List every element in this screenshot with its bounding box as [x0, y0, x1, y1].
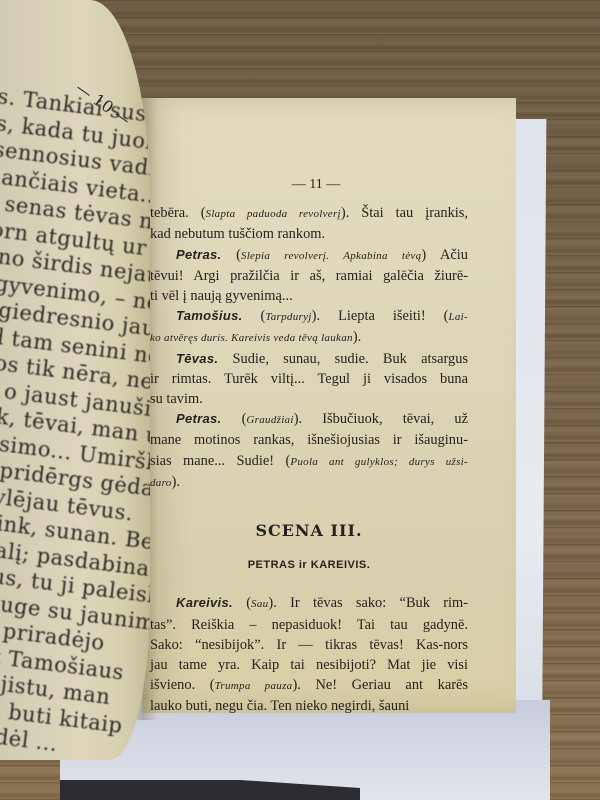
text-line: su tavim.	[150, 389, 468, 409]
text-line: išvieno. (Trumpa pauza). Ne! Geriau ant …	[150, 675, 468, 696]
dialogue-text: ).	[353, 329, 361, 345]
stage-direction: Trumpa pauza	[215, 680, 293, 692]
text-line: ko atvēręs duris. Kareivis veda tēvą lau…	[150, 327, 468, 348]
text-line: Tamošius. (Tarpduryj). Liepta išeiti! (L…	[150, 306, 468, 327]
text-line: Kareivis. (Sau). Ir tēvas sako: “Buk rim…	[150, 593, 468, 614]
dialogue-paragraph: Kareivis. (Sau). Ir tēvas sako: “Buk rim…	[150, 593, 468, 716]
speaker-name: Tēvas.	[176, 351, 218, 366]
stage-direction: Sau	[251, 598, 268, 610]
text-line: Sako: “nesibijok”. Ir — tikras tēvas! Ka…	[150, 635, 468, 655]
left-book-page: vos. Tankiai susipažindavostis, kada tu …	[0, 0, 150, 760]
text-line: ir rimtas. Turēk viltį... Tegul ji visad…	[150, 369, 468, 389]
dialogue-text: mane motinos rankas, išnešiojusias ir iš…	[150, 432, 468, 448]
dialogue-text: išvieno. (	[150, 677, 215, 693]
stage-direction: Graudžiai	[246, 414, 293, 426]
text-line: tebēra. (Slapta paduoda revolverį). Štai…	[150, 203, 468, 224]
scene-dialogue-paragraphs: Kareivis. (Sau). Ir tēvas sako: “Buk rim…	[150, 593, 468, 716]
text-line: mane motinos rankas, išnešiojusias ir iš…	[150, 430, 468, 450]
text-line: sias mane... Sudie! (Puola ant gulyklos;…	[150, 451, 468, 472]
dialogue-paragraph: tebēra. (Slapta paduoda revolverį). Štai…	[150, 203, 468, 244]
dialogue-text: ) Ačiu	[421, 247, 468, 263]
dialogue-text: ). Ir tēvas sako: “Buk rim-	[268, 595, 468, 611]
dialogue-text: (	[221, 411, 246, 427]
dialogue-paragraph: Tēvas. Sudie, sunau, sudie. Buk atsargus…	[150, 349, 468, 410]
text-line: lauko buti, negu čia. Ten nieko negirdi,…	[150, 696, 468, 716]
dialogue-text: tas”. Reiškia – nepasiduok! Tai tau gady…	[150, 617, 468, 633]
speaker-name: Kareivis.	[176, 595, 233, 610]
text-line: Petras. (Slepia revolverį. Apkabina tėvą…	[150, 245, 468, 266]
stage-direction: Lai-	[448, 311, 468, 323]
dialogue-text: (	[233, 595, 251, 611]
stage-direction: Slapta paduoda revolverį	[206, 208, 341, 220]
dialogue-text: su tavim.	[150, 391, 203, 407]
text-line: Tēvas. Sudie, sunau, sudie. Buk atsargus	[150, 349, 468, 369]
dialogue-text: ). Liepta išeiti! (	[312, 308, 449, 324]
dialogue-text: lauko buti, negu čia. Ten nieko negirdi,…	[150, 698, 409, 714]
dialogue-text: Sako: “nesibijok”. Ir — tikras tēvas! Ka…	[150, 637, 468, 653]
left-page-text: vos. Tankiai susipažindavostis, kada tu …	[0, 80, 150, 760]
dialogue-text: sias mane... Sudie! (	[150, 453, 290, 469]
speaker-name: Petras.	[176, 247, 221, 262]
dialogue-text: (	[221, 247, 240, 263]
speaker-name: Petras.	[176, 411, 221, 426]
dialogue-text: ). Štai tau įrankis,	[341, 205, 468, 221]
stage-direction: daro	[150, 477, 172, 489]
dialogue-text: ). Ne! Geriau ant karēs	[292, 677, 468, 693]
dialogue-text: jau tame yra. Kaip tai nesibijoti? Mat j…	[150, 657, 468, 673]
text-line: tēvui! Argi pražilčia ir aš, ramiai galē…	[150, 266, 468, 286]
dialogue-text: Sudie, sunau, sudie. Buk atsargus	[218, 351, 468, 367]
speaker-name: Tamošius.	[176, 308, 243, 323]
stage-direction: Puola ant gulyklos; durys užsi-	[290, 456, 468, 468]
text-line: tas”. Reiškia – nepasiduok! Tai tau gady…	[150, 615, 468, 635]
dialogue-text: ir rimtas. Turēk viltį... Tegul ji visad…	[150, 371, 468, 387]
dialogue-text: kad nebutum tuščiom rankom.	[150, 226, 325, 242]
stage-direction: Tarpduryj	[265, 311, 311, 323]
text-line: daro).	[150, 472, 468, 493]
right-page-number: — 11 —	[164, 175, 468, 195]
dialogue-text: ). Išbučiuok, tēvai, už	[294, 411, 468, 427]
dialogue-paragraph: Petras. (Slepia revolverį. Apkabina tėvą…	[150, 245, 468, 307]
stage-direction: Slepia revolverį. Apkabina tėvą	[241, 250, 421, 262]
dialogue-text: (	[243, 308, 266, 324]
dialogue-paragraphs: tebēra. (Slapta paduoda revolverį). Štai…	[150, 203, 468, 493]
text-line: jau tame yra. Kaip tai nesibijoti? Mat j…	[150, 655, 468, 675]
dialogue-text: ti vēl į naują gyvenimą...	[150, 288, 293, 304]
scene-title: SCENA III.	[150, 521, 468, 541]
scene-cast: PETRAS ir KAREIVIS.	[150, 555, 468, 575]
stage-direction: ko atvēręs duris. Kareivis veda tēvą lau…	[150, 332, 353, 344]
text-line: Petras. (Graudžiai). Išbučiuok, tēvai, u…	[150, 409, 468, 430]
dialogue-text: ).	[172, 474, 180, 490]
dialogue-text: tēvui! Argi pražilčia ir aš, ramiai galē…	[150, 268, 468, 284]
dialogue-paragraph: Petras. (Graudžiai). Išbučiuok, tēvai, u…	[150, 409, 468, 493]
right-page-text: — 11 — tebēra. (Slapta paduoda revolverį…	[150, 175, 468, 717]
text-line: ti vēl į naują gyvenimą...	[150, 286, 468, 306]
dialogue-paragraph: Tamošius. (Tarpduryj). Liepta išeiti! (L…	[150, 306, 468, 348]
dialogue-text: tebēra. (	[150, 205, 206, 221]
text-line: kad nebutum tuščiom rankom.	[150, 224, 468, 244]
